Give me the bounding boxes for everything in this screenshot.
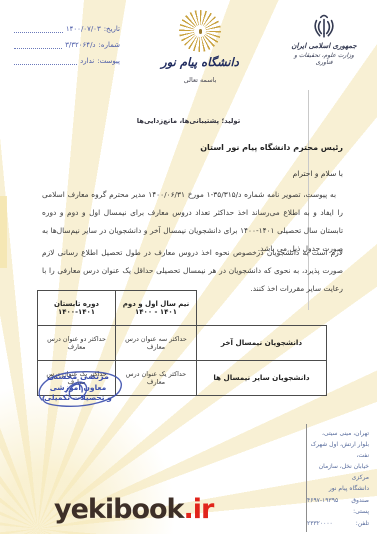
signature-scrawl <box>28 366 128 418</box>
watermark-tld: .ir <box>184 494 214 525</box>
recipient-line: رئیس محترم دانشگاه پیام نور استان <box>200 143 343 152</box>
letter-page: تاریخ: ۱۴۰۰/۰۷/۰۳ شماره: د/۳/۳۲۰۶۴ پیوست… <box>0 0 377 534</box>
pobox-value: ۴۶۹۷-۱۹۳۹۵ <box>307 495 338 517</box>
meta-number-line: شماره: د/۳/۳۲۰۶۴ <box>14 41 120 49</box>
column-header-summer: دوره تابستان ۱۴۰۱-۱۴۰۰ <box>38 291 116 326</box>
address-line: خیابان نخل، سازمان مرکزی <box>307 461 369 483</box>
phone-label: تلفن: <box>356 518 369 529</box>
signature-block: مرتضی محسنی معاون آموزشی و تحصیلات تکمیل… <box>28 372 128 402</box>
table-row: دانشجویان نیمسال آخر حداکثر سه عنوان درس… <box>38 325 327 360</box>
pobox-label: صندوق پستی: <box>338 495 369 517</box>
phone-value: ۲۳۳۲۰۰۰۰ <box>307 518 333 529</box>
dotted-leader <box>14 58 77 65</box>
address-block: تهران، مینی سیتی، بلوار ارتش، اول شهرک ن… <box>307 428 369 529</box>
sunburst-center-dot <box>199 29 202 34</box>
table-empty-corner <box>196 291 326 326</box>
iran-emblem-icon <box>313 12 335 40</box>
payam-noor-sunburst-icon <box>179 10 221 52</box>
row-label-final-semester-students: دانشجویان نیمسال آخر <box>196 325 326 360</box>
dotted-leader <box>14 26 63 33</box>
government-header-block: جمهوری اسلامی ایران وزارت علوم، تحقیقات … <box>285 12 363 66</box>
attachment-value: ندارد <box>80 57 94 65</box>
bismillah-text: باسمه تعالی <box>158 76 242 84</box>
meta-attachment-line: پیوست: ندارد <box>14 57 120 65</box>
meta-date-line: تاریخ: ۱۴۰۰/۰۷/۰۳ <box>14 25 120 33</box>
pobox-line: صندوق پستی: ۴۶۹۷-۱۹۳۹۵ <box>307 495 369 517</box>
year-slogan: تولید؛ پشتیبانی‌ها، مانع‌زدایی‌ها <box>0 117 377 125</box>
date-value: ۱۴۰۰/۰۷/۰۳ <box>66 25 101 33</box>
number-value: د/۳/۳۲۰۶۴ <box>65 41 95 49</box>
row-label-other-semesters-students: دانشجویان سایر نیمسال ها <box>196 360 326 395</box>
letter-meta-block: تاریخ: ۱۴۰۰/۰۷/۰۳ شماره: د/۳/۳۲۰۶۴ پیوست… <box>14 25 120 73</box>
phone-line: تلفن: ۲۳۳۲۰۰۰۰ <box>307 518 369 529</box>
dotted-leader <box>14 42 62 49</box>
watermark-brand: yekibook <box>54 494 184 525</box>
address-line: بلوار ارتش، اول شهرک نفت، <box>307 439 369 461</box>
country-title: جمهوری اسلامی ایران <box>285 42 363 50</box>
ministry-title: وزارت علوم، تحقیقات و فناوری <box>285 52 363 66</box>
attachment-label: پیوست: <box>97 57 120 65</box>
number-label: شماره: <box>99 41 120 49</box>
table-header-row: نیم سال اول و دوم ۱۴۰۱ - ۱۴۰۰ دوره تابست… <box>38 291 327 326</box>
date-label: تاریخ: <box>104 25 120 33</box>
column-header-semester: نیم سال اول و دوم ۱۴۰۱ - ۱۴۰۰ <box>116 291 197 326</box>
greeting-line: با سلام و احترام <box>293 169 343 178</box>
yekibook-watermark: yekibook.ir <box>54 494 213 525</box>
address-line: تهران، مینی سیتی، <box>307 428 369 439</box>
university-brand-block: دانشگاه پیام نور باسمه تعالی <box>158 10 242 84</box>
cell-final-summer-value: حداکثر دو عنوان درس معارف <box>38 325 116 360</box>
address-line: دانشگاه پیام نور <box>307 483 369 494</box>
cell-final-semester-value: حداکثر سه عنوان درس معارف <box>116 325 197 360</box>
university-name: دانشگاه پیام نور <box>158 55 242 69</box>
highlight-strip <box>0 196 7 268</box>
